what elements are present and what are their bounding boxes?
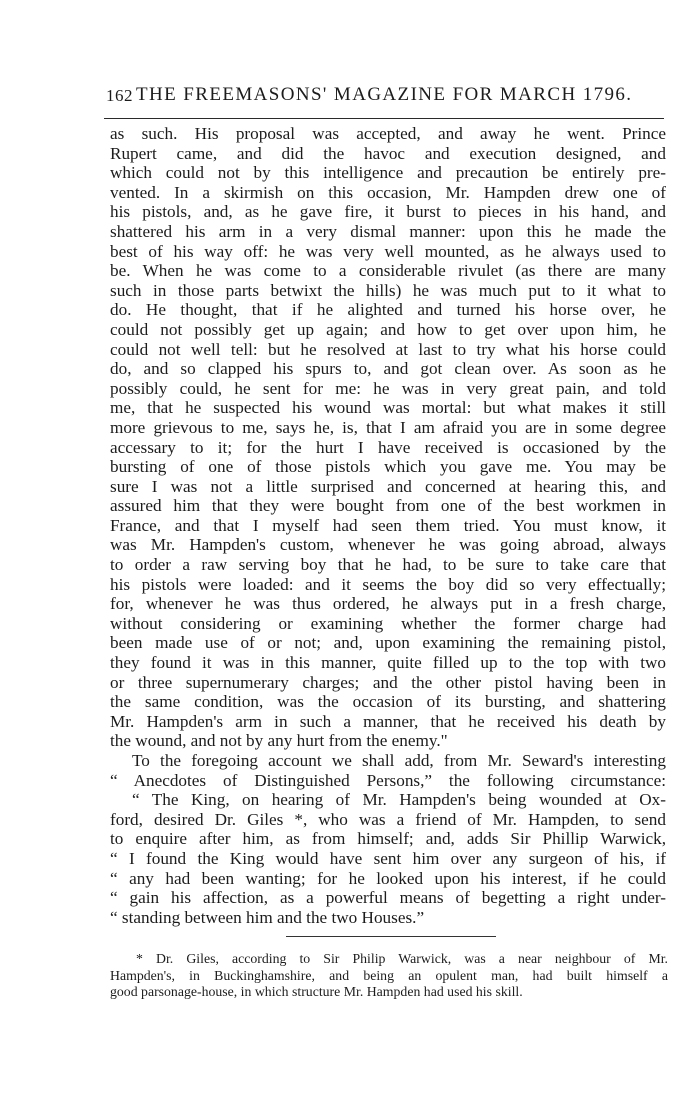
magazine-page: 162 THE FREEMASONS' MAGAZINE FOR MARCH 1… xyxy=(0,0,696,1101)
text-line: do. He thought, that if he alighted and … xyxy=(110,300,666,320)
text-line: for, whenever he was thus ordered, he al… xyxy=(110,594,666,614)
text-line: “ Anecdotes of Distinguished Persons,” t… xyxy=(110,771,666,791)
text-line: “ The King, on hearing of Mr. Hampden's … xyxy=(110,790,666,810)
text-line: such in those parts betwixt the hills) h… xyxy=(110,281,666,301)
text-line: “ standing between him and the two House… xyxy=(110,908,666,928)
text-line: “ I found the King would have sent him o… xyxy=(110,849,666,869)
text-line: to order a raw serving boy that he had, … xyxy=(110,555,666,575)
text-line: ford, desired Dr. Giles *, who was a fri… xyxy=(110,810,666,830)
footnote-line: Hampden's, in Buckinghamshire, and being… xyxy=(110,968,668,985)
text-line: “ gain his affection, as a powerful mean… xyxy=(110,888,666,908)
text-line: was Mr. Hampden's custom, whenever he wa… xyxy=(110,535,666,555)
body-text: as such. His proposal was accepted, and … xyxy=(110,124,666,927)
text-line: which could not by this intelligence and… xyxy=(110,163,666,183)
text-line: the wound, and not by any hurt from the … xyxy=(110,731,666,751)
text-line: assured him that they were bought from o… xyxy=(110,496,666,516)
text-line: sure I was not a little surprised and co… xyxy=(110,477,666,497)
text-line: could not possibly get up again; and how… xyxy=(110,320,666,340)
text-line: without considering or examining whether… xyxy=(110,614,666,634)
text-line: as such. His proposal was accepted, and … xyxy=(110,124,666,144)
text-line: or three supernumerary charges; and the … xyxy=(110,673,666,693)
running-head: 162 THE FREEMASONS' MAGAZINE FOR MARCH 1… xyxy=(106,84,666,108)
text-line: To the foregoing account we shall add, f… xyxy=(110,751,666,771)
footnote-line: * Dr. Giles, according to Sir Philip War… xyxy=(110,951,668,968)
text-line: be. When he was come to a considerable r… xyxy=(110,261,666,281)
text-line: vented. In a skirmish on this occasion, … xyxy=(110,183,666,203)
text-line: Rupert came, and did the havoc and execu… xyxy=(110,144,666,164)
text-line: France, and that I myself had seen them … xyxy=(110,516,666,536)
text-line: do, and so clapped his spurs to, and got… xyxy=(110,359,666,379)
text-line: best of his way off: he was very well mo… xyxy=(110,242,666,262)
text-line: accessary to it; for the hurt I have rec… xyxy=(110,438,666,458)
text-line: his pistols, and, as he gave fire, it bu… xyxy=(110,202,666,222)
header-rule xyxy=(104,118,664,119)
text-line: bursting of one of those pistols which y… xyxy=(110,457,666,477)
text-line: been made use of or not; and, upon exami… xyxy=(110,633,666,653)
text-line: possibly could, he sent for me: he was i… xyxy=(110,379,666,399)
text-line: to enquire after him, as from himself; a… xyxy=(110,829,666,849)
text-line: shattered his arm in a very dismal manne… xyxy=(110,222,666,242)
text-line: Mr. Hampden's arm in such a manner, that… xyxy=(110,712,666,732)
text-line: “ any had been wanting; for he looked up… xyxy=(110,869,666,889)
text-line: his pistols were loaded: and it seems th… xyxy=(110,575,666,595)
text-line: more grievous to me, says he, is, that I… xyxy=(110,418,666,438)
text-line: they found it was in this manner, quite … xyxy=(110,653,666,673)
footnote-line: good parsonage-house, in which structure… xyxy=(110,984,668,1001)
text-line: the same condition, was the occasion of … xyxy=(110,692,666,712)
running-head-title: THE FREEMASONS' MAGAZINE FOR MARCH 1796. xyxy=(136,84,632,106)
footnote: * Dr. Giles, according to Sir Philip War… xyxy=(110,951,668,1001)
text-line: could not well tell: but he resolved at … xyxy=(110,340,666,360)
text-line: me, that he suspected his wound was mort… xyxy=(110,398,666,418)
footnote-rule xyxy=(286,936,496,937)
page-number: 162 xyxy=(106,86,133,106)
